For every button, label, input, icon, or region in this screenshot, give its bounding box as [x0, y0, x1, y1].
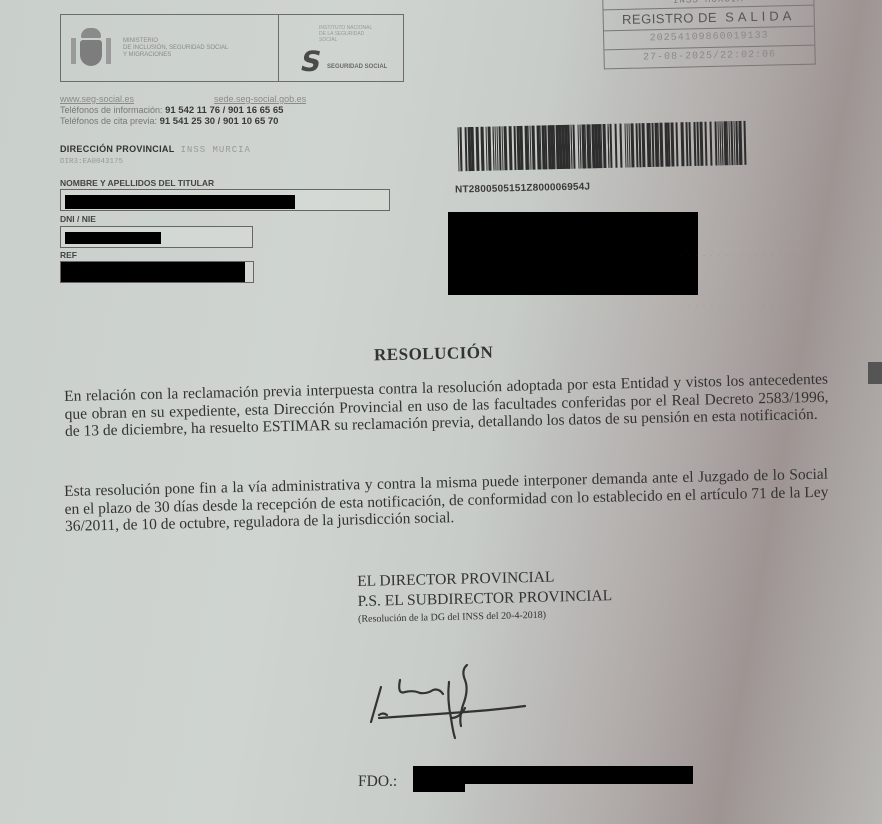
ref-label: REF: [60, 250, 77, 260]
document-title: RESOLUCIÓN: [374, 343, 494, 366]
redacted-dni: [65, 232, 161, 244]
letterhead-logo-box: MINISTERIO DE INCLUSIÓN, SEGURIDAD SOCIA…: [60, 14, 404, 82]
signatory-block: EL DIRECTOR PROVINCIAL P.S. EL SUBDIRECT…: [357, 566, 613, 628]
titular-label: NOMBRE Y APELLIDOS DEL TITULAR: [60, 178, 214, 188]
dni-field: [60, 226, 253, 248]
seguridad-social-logo: INSTITUTO NACIONAL DE LA SEGURIDAD SOCIA…: [279, 15, 403, 81]
barcode-number: NT2800505151Z800006954J: [455, 181, 590, 195]
website-link[interactable]: www.seg-social.es: [60, 94, 134, 105]
ministry-logo: MINISTERIO DE INCLUSIÓN, SEGURIDAD SOCIA…: [61, 15, 279, 81]
cita-phones-line: Teléfonos de cita previa: 91 541 25 30 /…: [60, 116, 306, 127]
ref-field: [60, 261, 254, 283]
barcode: [458, 121, 754, 172]
resolution-paragraph-2: Esta resolución pone fin a la vía admini…: [64, 466, 829, 536]
dni-label: DNI / NIE: [60, 214, 96, 224]
document-page: MINISTERIO DE INCLUSIÓN, SEGURIDAD SOCIA…: [0, 0, 882, 824]
redacted-signatory-name-tail: [413, 780, 465, 792]
institute-name: INSTITUTO NACIONAL DE LA SEGURIDAD SOCIA…: [319, 25, 379, 43]
redacted-name: [65, 195, 295, 209]
registro-datetime: 27-08-2025/22:02:06: [604, 46, 814, 69]
fdo-label: FDO.:: [358, 773, 397, 791]
ministry-name: MINISTERIO DE INCLUSIÓN, SEGURIDAD SOCIA…: [123, 38, 228, 59]
handwritten-signature-icon: [365, 660, 535, 740]
titular-field: [60, 189, 390, 211]
resolution-paragraph-1: En relación con la reclamación previa in…: [64, 371, 829, 441]
direccion-provincial: DIRECCIÓN PROVINCIALINSS MURCIA: [60, 144, 251, 155]
registro-salida-stamp: INSS MURCIA REGISTRO DESALIDA 2025410986…: [602, 0, 816, 69]
spain-coat-of-arms-icon: [69, 26, 113, 70]
sede-link[interactable]: sede.seg-social.gob.es: [214, 94, 306, 105]
seguridad-social-logo-icon: S: [297, 45, 324, 78]
redacted-address: [448, 212, 698, 295]
info-phones-line: Teléfonos de información: 91 542 11 76 /…: [60, 105, 306, 116]
ss-brand-name: SEGURIDAD SOCIAL: [327, 64, 387, 70]
page-edge-mark: [868, 362, 882, 384]
redacted-ref: [61, 262, 245, 282]
dir3-code: DIR3:EA0043175: [60, 158, 123, 166]
contact-info: www.seg-social.es sede.seg-social.gob.es…: [60, 94, 306, 127]
